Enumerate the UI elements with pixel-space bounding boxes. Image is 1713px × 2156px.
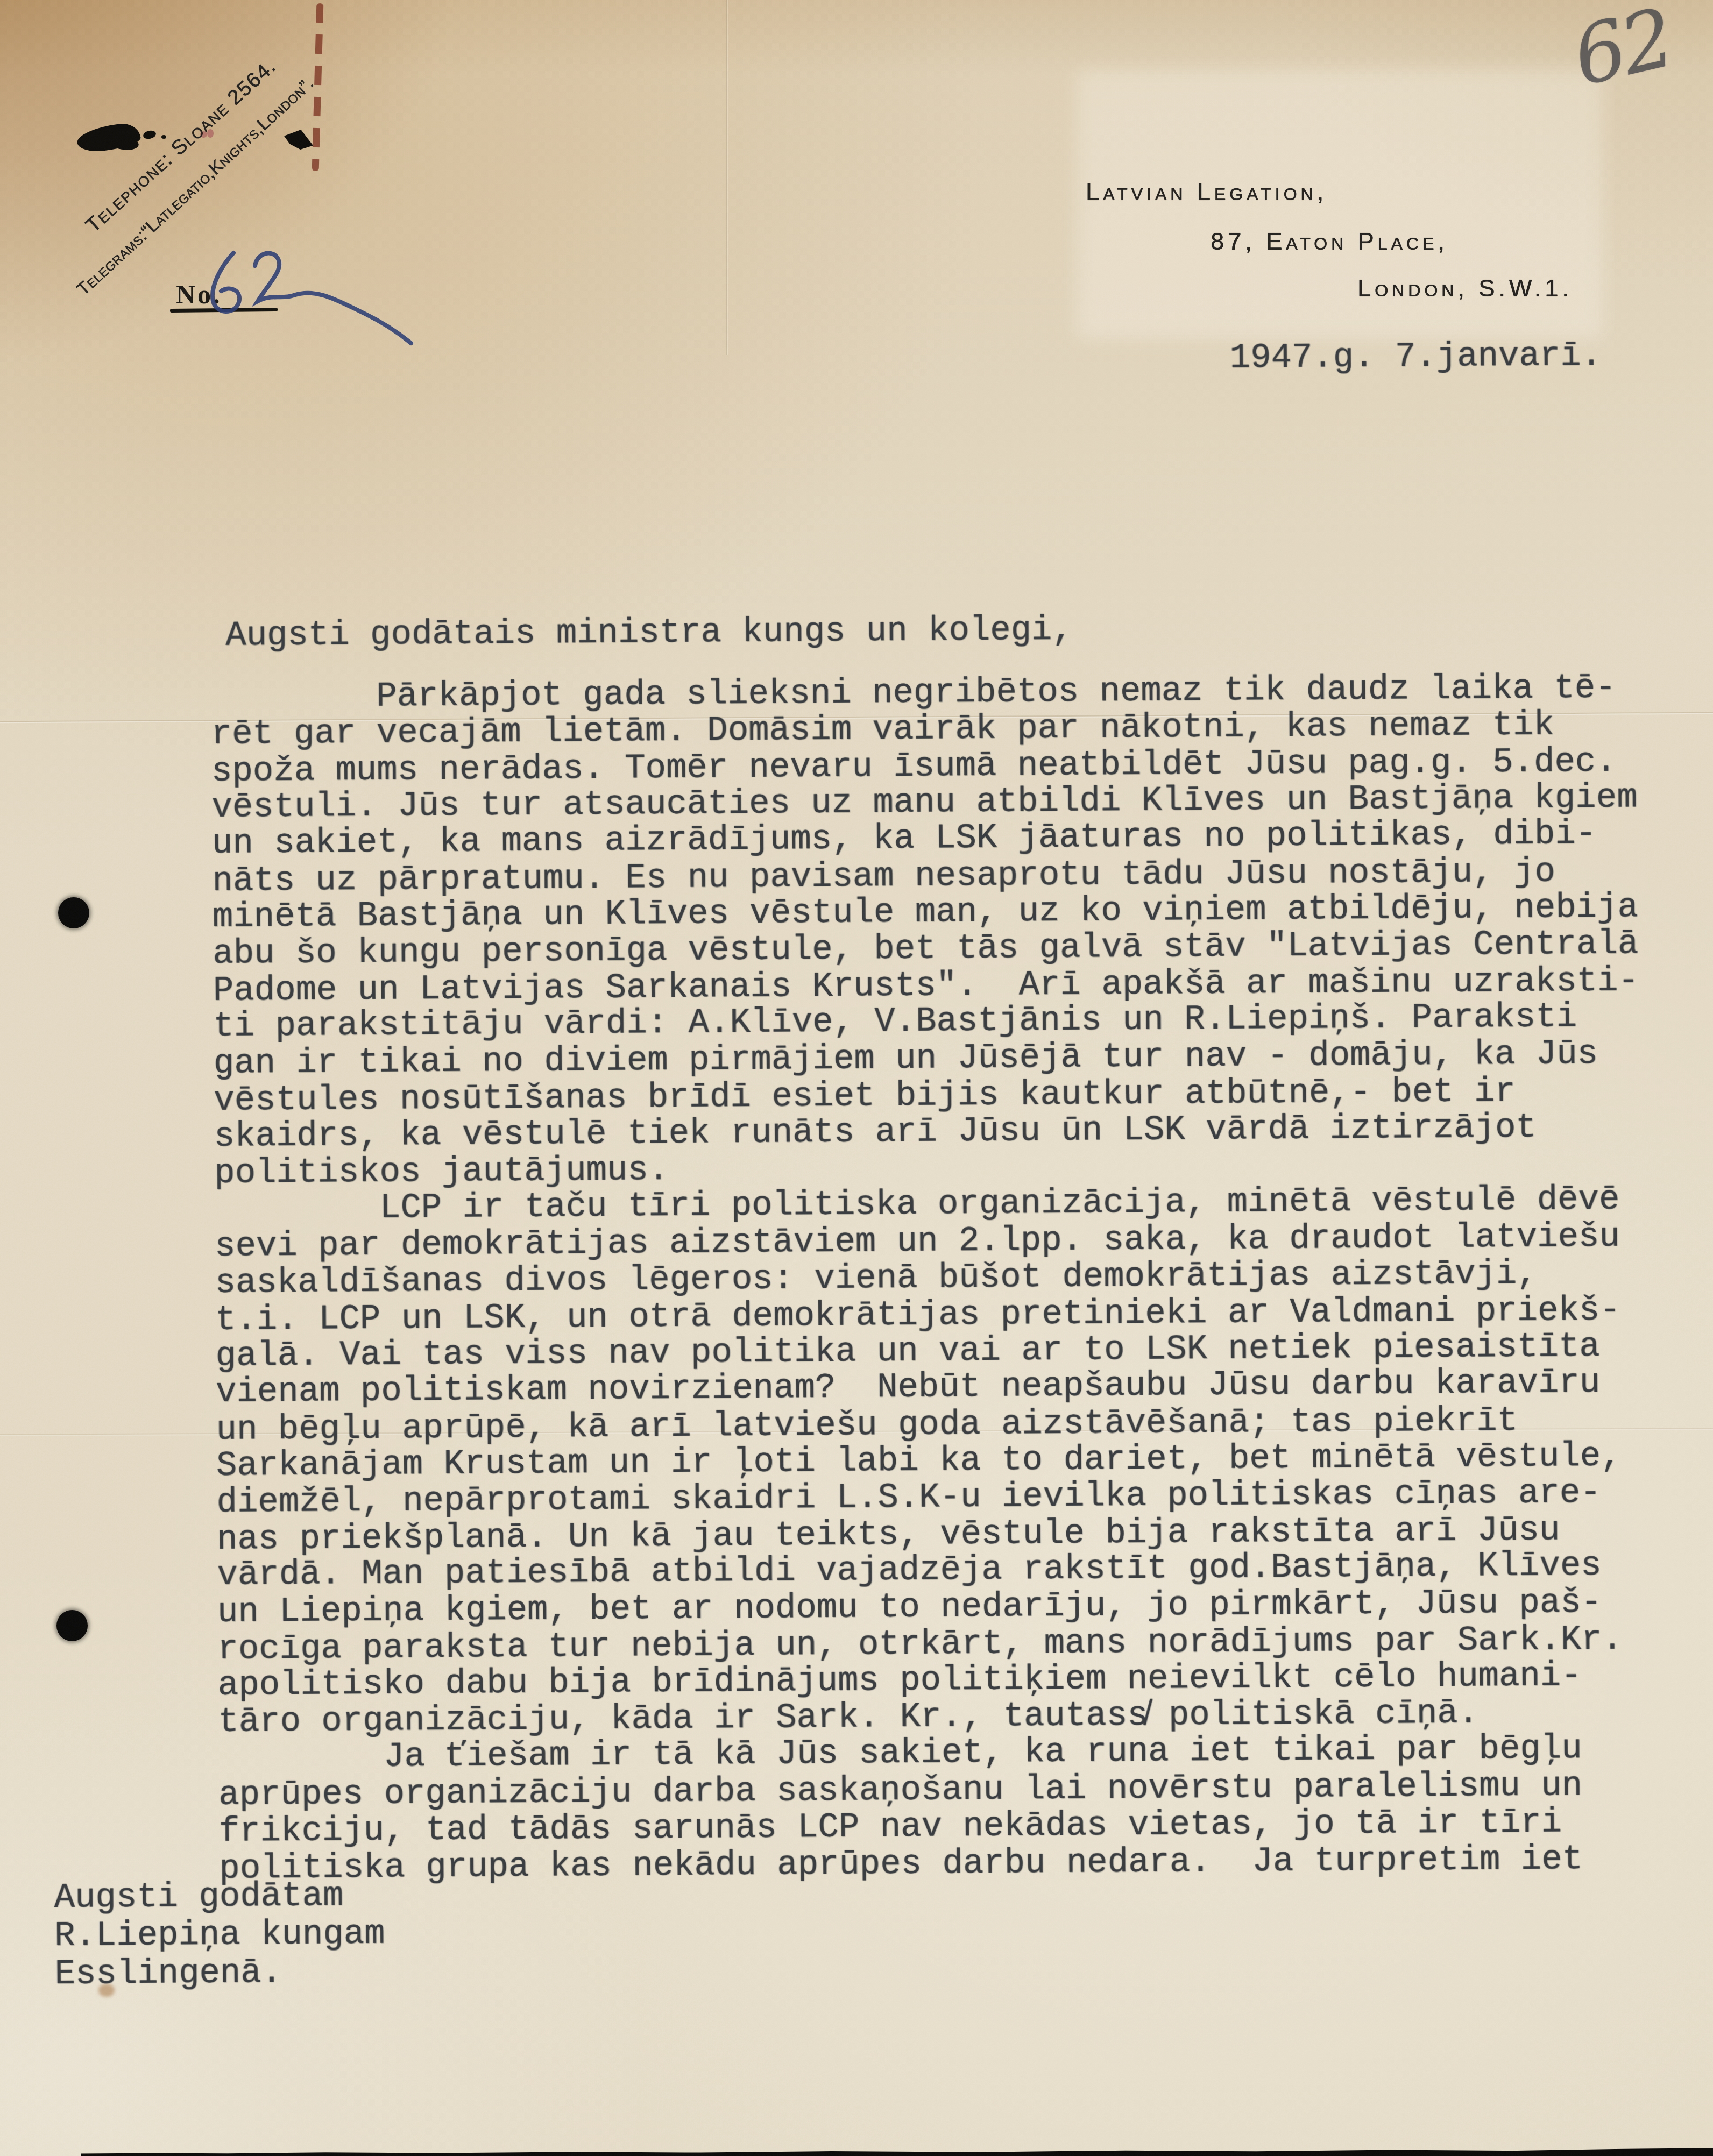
letter-line: politiska grupa kas nekādu aprūpes darbu…	[219, 1841, 1645, 1887]
punch-hole-top	[58, 897, 89, 928]
typed-text-layer: 1947.g. 7.janvarī. Augsti godātais minis…	[0, 0, 1713, 2156]
salutation: Augsti godātais ministra kungs un kolegi…	[225, 612, 1073, 655]
addressee-line: Augsti godātam	[54, 1877, 385, 1918]
letter-date: 1947.g. 7.janvarī.	[1230, 338, 1602, 377]
addressee-line: Esslingenā.	[54, 1954, 385, 1994]
addressee-block: Augsti godātam R.Liepiņa kungam Esslinge…	[54, 1877, 385, 1994]
letter-body: Pārkāpjot gada slieksni negribētos nemaz…	[211, 670, 1645, 1886]
punch-hole-bottom	[56, 1610, 88, 1641]
addressee-line: R.Liepiņa kungam	[54, 1916, 385, 1956]
scanned-letter-page: Telephone: Sloane 2564. Telegrams:“Latle…	[0, 0, 1713, 2156]
